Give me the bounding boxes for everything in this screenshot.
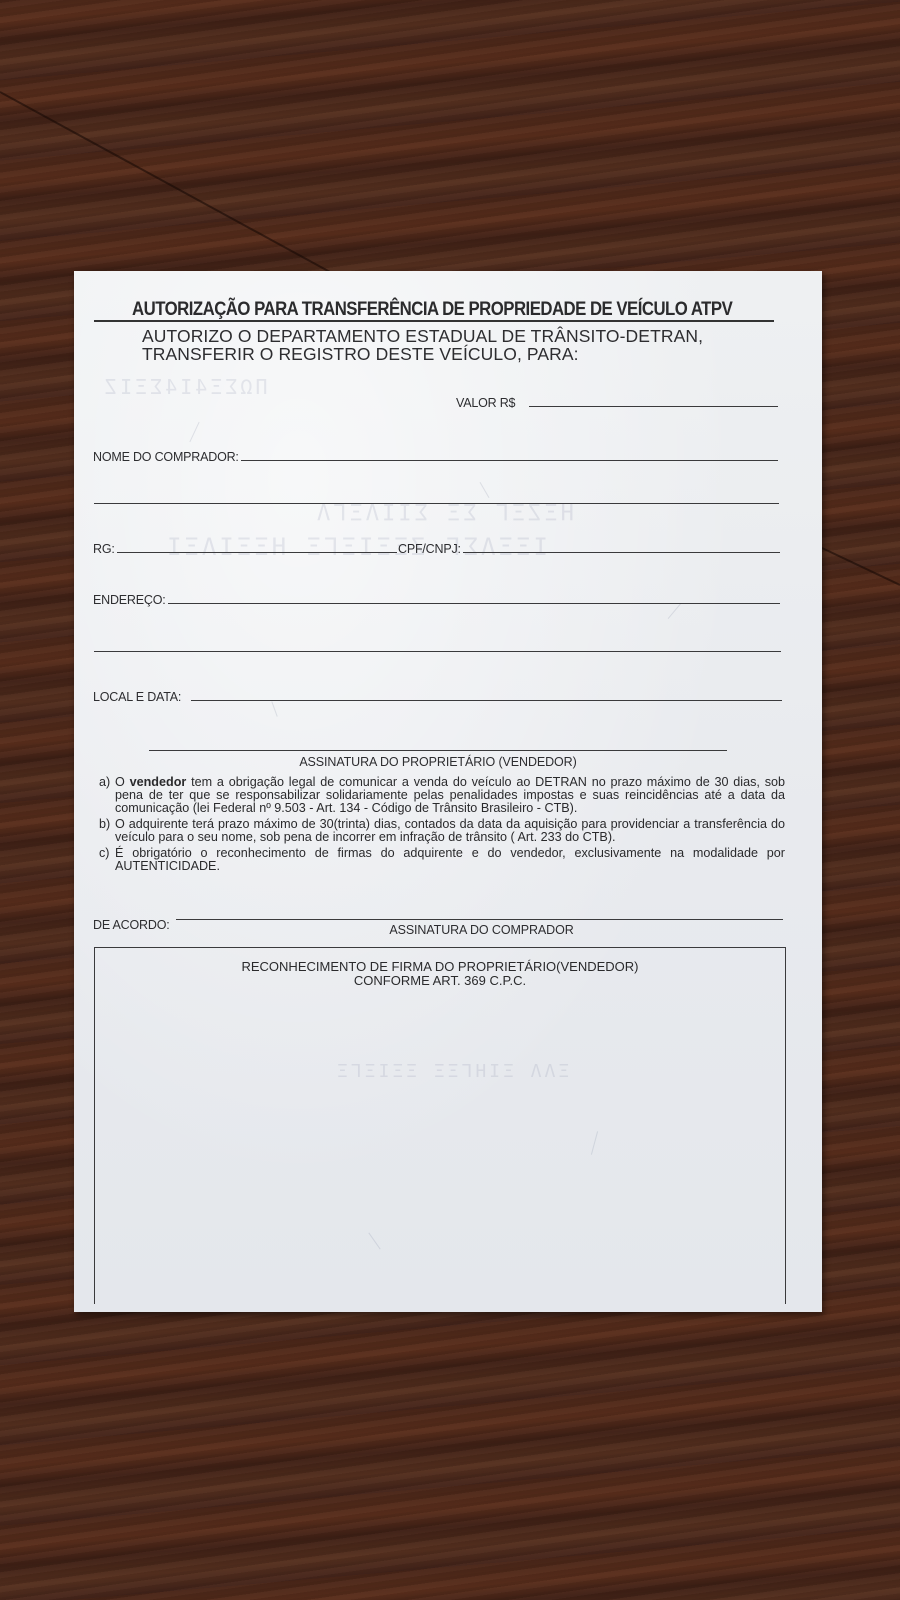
address-field[interactable]: ENDEREÇO:: [93, 593, 780, 607]
cpf-cnpj-label: CPF/CNPJ:: [398, 542, 463, 556]
place-date-field[interactable]: LOCAL E DATA:: [93, 690, 782, 704]
valor-label: VALOR R$: [456, 396, 517, 410]
buyer-signature-caption: ASSINATURA DO COMPRADOR: [374, 923, 589, 937]
signature-recognition-box[interactable]: RECONHECIMENTO DE FIRMA DO PROPRIETÁRIO(…: [94, 947, 786, 1304]
rg-label: RG:: [93, 542, 117, 556]
title-underline: [94, 320, 774, 322]
paper-fiber: [480, 482, 490, 498]
place-date-input-line[interactable]: [191, 699, 782, 701]
rg-input-line[interactable]: [117, 551, 397, 553]
authorization-line-2: TRANSFERIR O REGISTRO DESTE VEÍCULO, PAR…: [142, 345, 703, 363]
clause-a: a) O vendedor tem a obrigação legal de c…: [99, 776, 785, 815]
clause-marker: b): [99, 818, 115, 844]
place-date-label: LOCAL E DATA:: [93, 690, 183, 704]
buyer-name-field[interactable]: NOME DO COMPRADOR:: [93, 450, 778, 464]
buyer-name-input-line[interactable]: [241, 459, 778, 461]
clause-text: O adquirente terá prazo máximo de 30(tri…: [115, 818, 785, 844]
authorization-line-1: AUTORIZO O DEPARTAMENTO ESTADUAL DE TRÂN…: [142, 327, 703, 345]
reverse-show-through: ΗΞΖΞΓ ΣΞ ΣΙΙΛΞΓΛ: [314, 501, 574, 526]
buyer-signature-line[interactable]: [176, 918, 784, 920]
clause-marker: a): [99, 776, 115, 815]
de-acordo-label: DE ACORDO:: [93, 918, 172, 932]
recognition-title-line-2: CONFORME ART. 369 C.P.C.: [95, 974, 785, 988]
cpf-cnpj-input-line[interactable]: [463, 551, 780, 553]
address-continuation-line[interactable]: [94, 651, 781, 652]
form-title: AUTORIZAÇÃO PARA TRANSFERÊNCIA DE PROPRI…: [132, 298, 732, 321]
address-input-line[interactable]: [168, 602, 780, 604]
rg-field[interactable]: RG:: [93, 542, 397, 556]
clause-text: O vendedor tem a obrigação legal de comu…: [115, 776, 785, 815]
recognition-title-line-1: RECONHECIMENTO DE FIRMA DO PROPRIETÁRIO(…: [95, 960, 785, 974]
clause-b: b) O adquirente terá prazo máximo de 30(…: [99, 818, 785, 844]
cpf-cnpj-field[interactable]: CPF/CNPJ:: [398, 542, 780, 556]
authorization-statement: AUTORIZO O DEPARTAMENTO ESTADUAL DE TRÂN…: [142, 327, 703, 363]
atpv-form-sheet: ΠΩΣΞ4Ι4ΣΞΙΖ ΗΞΖΞΓ ΣΞ ΣΙΙΛΞΓΛ ΙΞΞΛΣΓ ΖΞΞΙ…: [74, 271, 822, 1312]
clause-text: É obrigatório o reconhecimento de firmas…: [115, 847, 785, 873]
clause-c: c) É obrigatório o reconhecimento de fir…: [99, 847, 785, 873]
legal-clauses: a) O vendedor tem a obrigação legal de c…: [99, 776, 785, 876]
valor-field[interactable]: VALOR R$: [456, 396, 778, 410]
buyer-name-continuation-line[interactable]: [94, 503, 779, 504]
buyer-name-label: NOME DO COMPRADOR:: [93, 450, 241, 464]
paper-fiber: [189, 422, 199, 442]
clause-marker: c): [99, 847, 115, 873]
clause-emphasis: vendedor: [130, 775, 187, 789]
seller-signature-line[interactable]: [149, 750, 727, 751]
valor-input-line[interactable]: [529, 405, 778, 407]
reverse-show-through: ΠΩΣΞ4Ι4ΣΞΙΖ: [102, 375, 267, 399]
seller-signature-caption: ASSINATURA DO PROPRIETÁRIO (VENDEDOR): [149, 755, 727, 769]
recognition-box-title: RECONHECIMENTO DE FIRMA DO PROPRIETÁRIO(…: [95, 960, 785, 988]
address-label: ENDEREÇO:: [93, 593, 168, 607]
